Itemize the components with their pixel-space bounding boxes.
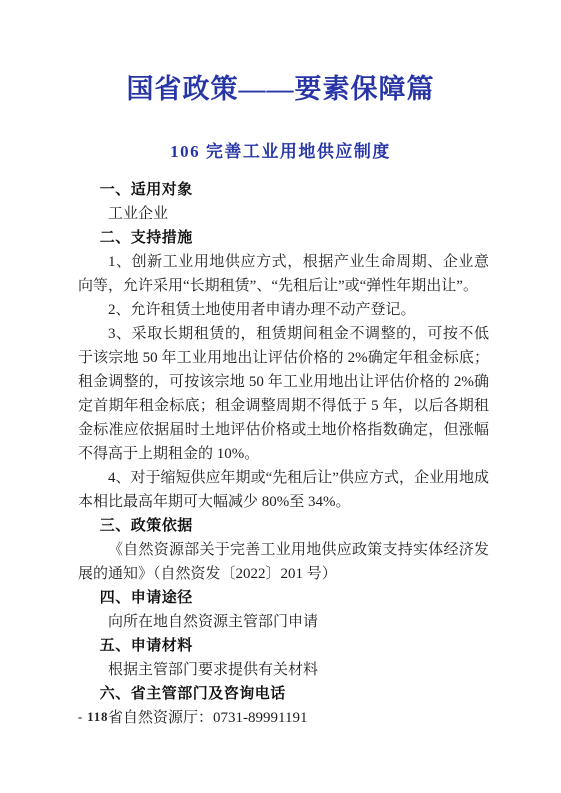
- document-body: 一、适用对象 工业企业 二、支持措施 1、创新工业用地供应方式，根据产业生命周期…: [78, 178, 489, 730]
- section-heading-support-measures: 二、支持措施: [78, 226, 489, 250]
- paragraph-measure-3: 3、采取长期租赁的，租赁期间租金不调整的，可按不低于该宗地 50 年工业用地出让…: [78, 322, 489, 466]
- section-heading-policy-basis: 三、政策依据: [78, 514, 489, 538]
- paragraph-measure-1: 1、创新工业用地供应方式，根据产业生命周期、企业意向等，允许采用“长期租赁”、“…: [78, 250, 489, 298]
- paragraph-department-phone: 省自然资源厅：0731-89991191: [78, 706, 489, 730]
- paragraph-application-channel: 向所在地自然资源主管部门申请: [78, 610, 489, 634]
- paragraph-application-materials: 根据主管部门要求提供有关材料: [78, 658, 489, 682]
- paragraph-policy-basis: 《自然资源部关于完善工业用地供应政策支持实体经济发展的通知》（自然资发〔2022…: [78, 538, 489, 586]
- section-heading-application-channel: 四、申请途径: [78, 586, 489, 610]
- section-heading-department-contact: 六、省主管部门及咨询电话: [78, 682, 489, 706]
- chapter-title: 国省政策——要素保障篇: [0, 0, 561, 108]
- paragraph-measure-2: 2、允许租赁土地使用者申请办理不动产登记。: [78, 298, 489, 322]
- document-page: 国省政策——要素保障篇 106 完善工业用地供应制度 一、适用对象 工业企业 二…: [0, 0, 561, 793]
- section-heading-application-materials: 五、申请材料: [78, 634, 489, 658]
- section-heading-applicable-targets: 一、适用对象: [78, 178, 489, 202]
- paragraph-measure-4: 4、对于缩短供应年期或“先租后让”供应方式，企业用地成本相比最高年期可大幅减少 …: [78, 466, 489, 514]
- paragraph-applicable-targets: 工业企业: [78, 202, 489, 226]
- page-number: - 118 -: [78, 710, 118, 725]
- policy-item-heading: 106 完善工业用地供应制度: [0, 138, 561, 166]
